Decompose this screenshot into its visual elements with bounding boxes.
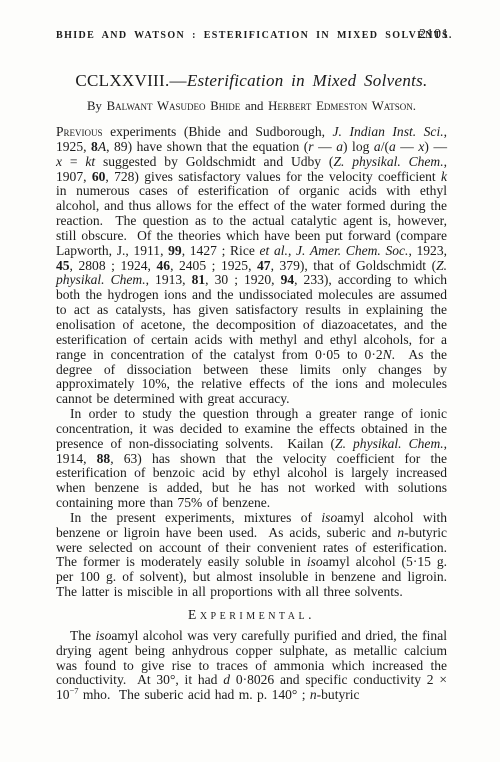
article-body: Previous experiments (Bhide and Sudborou… (56, 125, 447, 703)
byline: By Balwant Wasudeo Bhide and Herbert Edm… (56, 99, 447, 114)
text-segment: , 2808 ; 1924, (70, 258, 157, 273)
text-segment: By (87, 99, 107, 113)
text-segment: a (336, 139, 343, 154)
text-segment: J. Indian Inst. Sci. (333, 124, 444, 139)
text-segment: et al. (260, 243, 288, 258)
text-segment: 46 (157, 258, 171, 273)
text-segment: ) — (424, 139, 447, 154)
text-segment: and (240, 99, 268, 113)
text-segment: J. Amer. Chem. Soc. (296, 243, 408, 258)
text-segment: a (374, 139, 381, 154)
text-segment: d (223, 672, 230, 687)
text-segment: ) log (343, 139, 374, 154)
text-segment: mho. The suberic acid had m. p. 140° ; (78, 687, 309, 702)
paragraph: In order to study the question through a… (56, 407, 447, 511)
text-segment: iso (96, 628, 112, 643)
paragraph: Previous experiments (Bhide and Sudborou… (56, 125, 447, 407)
text-segment: Balwant Wasudeo Bhide (107, 99, 241, 113)
article-title: CCLXXVIII.—Esterification in Mixed Solve… (56, 71, 447, 91)
running-head: BHIDE AND WATSON : ESTERIFICATION IN MIX… (56, 30, 447, 46)
text-segment: A (98, 139, 106, 154)
text-segment: In the present experiments, mixtures of (70, 510, 321, 525)
text-segment: Previous (56, 124, 103, 139)
text-segment: 81 (192, 272, 206, 287)
text-segment: , 379), that of Goldschmidt ( (271, 258, 437, 273)
text-segment: n (310, 687, 317, 702)
text-segment: 45 (56, 258, 70, 273)
text-segment: The (70, 628, 96, 643)
text-segment: Z. physikal. Chem. (333, 154, 443, 169)
paragraph: In the present experiments, mixtures of … (56, 511, 447, 600)
text-segment: /( (381, 139, 389, 154)
text-segment: suggested by Goldschmidt and Udby ( (95, 154, 333, 169)
text-segment: — (314, 139, 337, 154)
text-segment: -butyric (317, 687, 360, 702)
text-segment: = (62, 154, 85, 169)
text-segment: . (413, 99, 416, 113)
text-segment: , 89) have shown that the equation ( (106, 139, 308, 154)
text-segment: N (383, 347, 392, 362)
text-segment: a (389, 139, 396, 154)
running-title: BHIDE AND WATSON : ESTERIFICATION IN MIX… (56, 30, 447, 41)
text-segment: , 30 ; 1920, (205, 272, 280, 287)
text-segment: iso (321, 510, 337, 525)
page-number: 2101 (419, 27, 449, 43)
text-segment: , 728) gives satisfactory values for the… (105, 169, 441, 184)
text-segment: — (396, 139, 419, 154)
text-segment: 94 (281, 272, 295, 287)
section-heading: Experimental. (56, 608, 447, 623)
paragraph: The isoamyl alcohol was very carefully p… (56, 629, 447, 703)
text-segment: experiments (Bhide and Sudborough, (103, 124, 333, 139)
text-segment: 47 (257, 258, 271, 273)
text-segment: , 63) has shown that the velocity coeffi… (56, 451, 447, 511)
text-segment: 60 (92, 169, 106, 184)
text-segment: k (441, 169, 447, 184)
text-segment: iso (307, 554, 323, 569)
text-segment: 88 (97, 451, 111, 466)
text-segment: kt (85, 154, 95, 169)
article-number: CCLXXVIII.— (75, 71, 186, 90)
text-segment: , (288, 243, 296, 258)
text-segment: , 1427 ; Rice (182, 243, 260, 258)
text-segment: 8 (91, 139, 98, 154)
text-segment: Herbert Edmeston Watson (268, 99, 413, 113)
text-segment: , 2405 ; 1925, (170, 258, 257, 273)
text-segment: Z. physikal. Chem. (335, 436, 444, 451)
journal-page: BHIDE AND WATSON : ESTERIFICATION IN MIX… (0, 0, 500, 762)
text-segment: , 1913, (146, 272, 192, 287)
article-title-text: Esterification in Mixed Solvents. (187, 71, 428, 90)
text-segment: , 1923, (408, 243, 447, 258)
text-segment: 99 (168, 243, 182, 258)
